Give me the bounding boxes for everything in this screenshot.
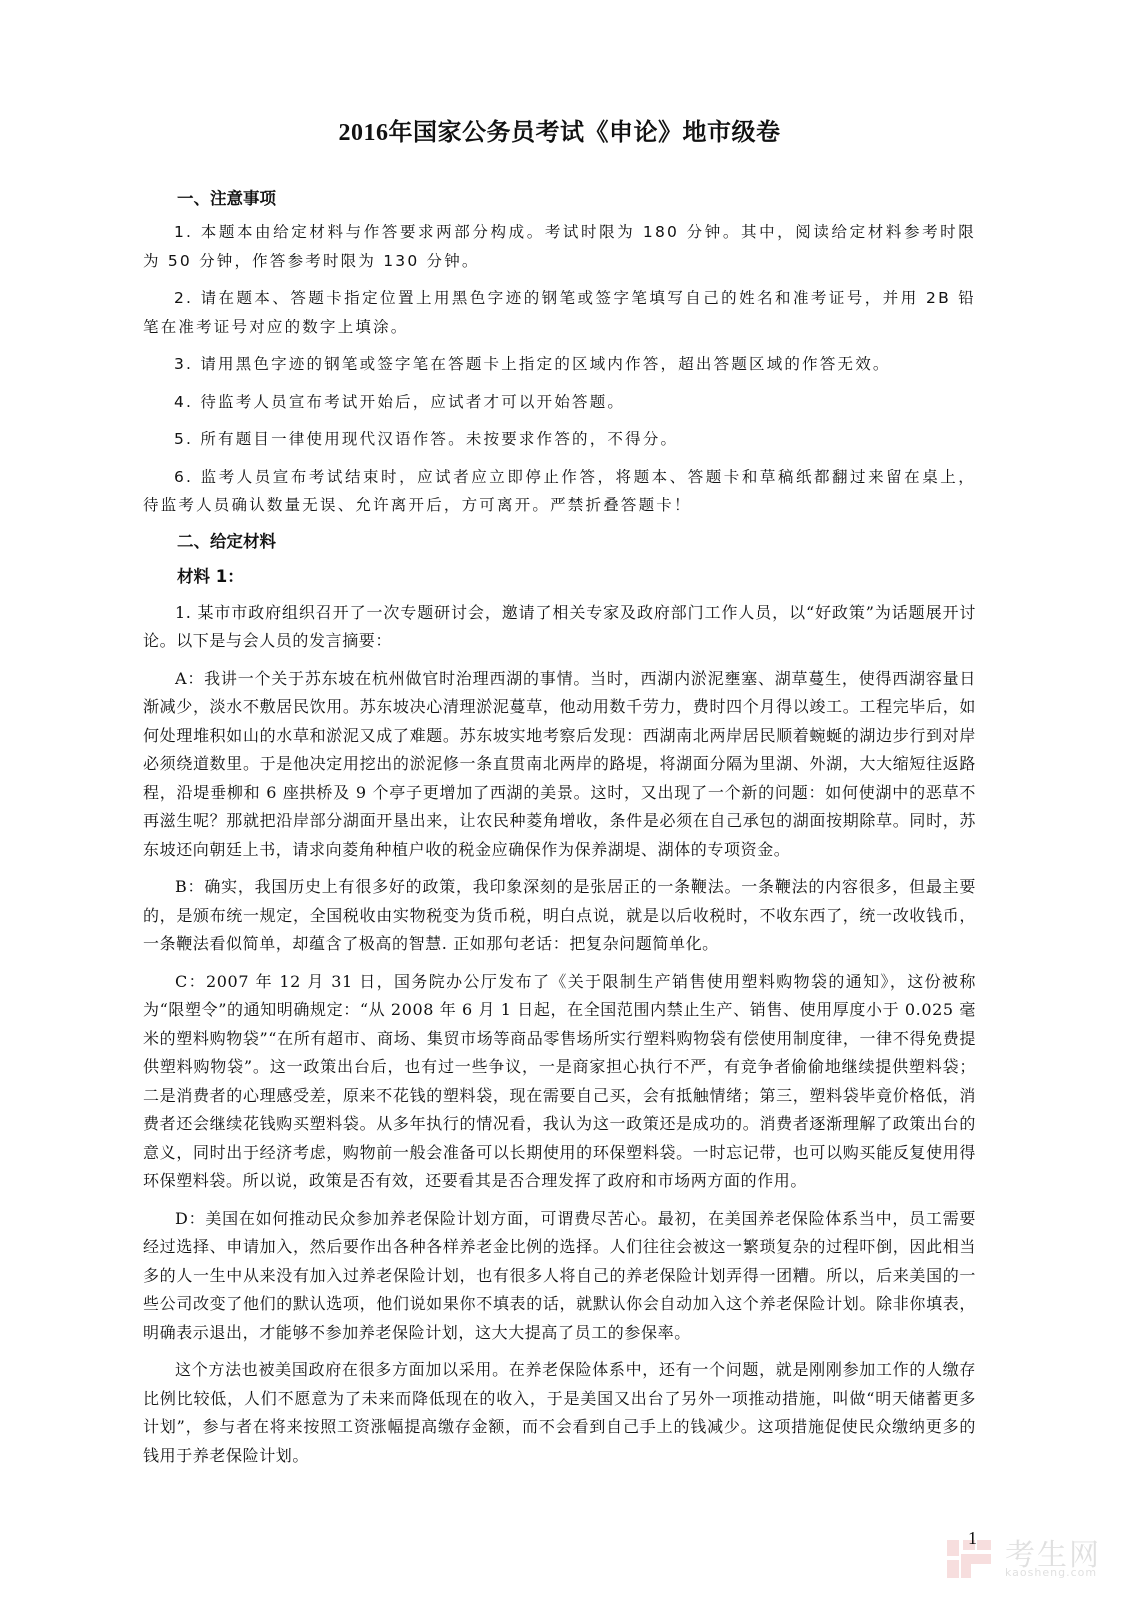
document-title: 2016年国家公务员考试《申论》地市级卷 <box>143 112 976 147</box>
page-number: 1 <box>968 1528 977 1549</box>
notice-item: 3. 请用黑色字迹的钢笔或签字笔在答题卡上指定的区域内作答，超出答题区域的作答无… <box>143 350 976 379</box>
notice-item: 6. 监考人员宣布考试结束时，应试者应立即停止作答，将题本、答题卡和草稿纸都翻过… <box>143 463 976 520</box>
notice-item: 1. 本题本由给定材料与作答要求两部分构成。考试时限为 180 分钟。其中，阅读… <box>143 218 976 275</box>
material-paragraph: C：2007 年 12 月 31 日，国务院办公厅发布了《关于限制生产销售使用塑… <box>143 968 976 1196</box>
notice-item: 5. 所有题目一律使用现代汉语作答。未按要求作答的，不得分。 <box>143 425 976 454</box>
document-body: 一、注意事项 1. 本题本由给定材料与作答要求两部分构成。考试时限为 180 分… <box>143 186 976 1470</box>
material-paragraph: B：确实，我国历史上有很多好的政策，我印象深刻的是张居正的一条鞭法。一条鞭法的内… <box>143 873 976 959</box>
material-paragraph: A：我讲一个关于苏东坡在杭州做官时治理西湖的事情。当时，西湖内淤泥壅塞、湖草蔓生… <box>143 665 976 865</box>
watermark-subtext: kaosheng.com <box>1005 1566 1097 1579</box>
material-paragraph: D：美国在如何推动民众参加养老保险计划方面，可谓费尽苦心。最初，在美国养老保险体… <box>143 1205 976 1348</box>
notice-list: 1. 本题本由给定材料与作答要求两部分构成。考试时限为 180 分钟。其中，阅读… <box>143 218 976 520</box>
section-heading-notice: 一、注意事项 <box>177 186 976 212</box>
section-heading-materials: 二、给定材料 <box>177 529 976 555</box>
material-label: 材料 1： <box>177 564 976 590</box>
material-paragraph: 1. 某市市政府组织召开了一次专题研讨会，邀请了相关专家及政府部门工作人员，以“… <box>143 599 976 656</box>
notice-item: 2. 请在题本、答题卡指定位置上用黑色字迹的钢笔或签字笔填写自己的姓名和准考证号… <box>143 284 976 341</box>
material-paragraph: 这个方法也被美国政府在很多方面加以采用。在养老保险体系中，还有一个问题，就是刚刚… <box>143 1356 976 1470</box>
notice-item: 4. 待监考人员宣布考试开始后，应试者才可以开始答题。 <box>143 388 976 417</box>
